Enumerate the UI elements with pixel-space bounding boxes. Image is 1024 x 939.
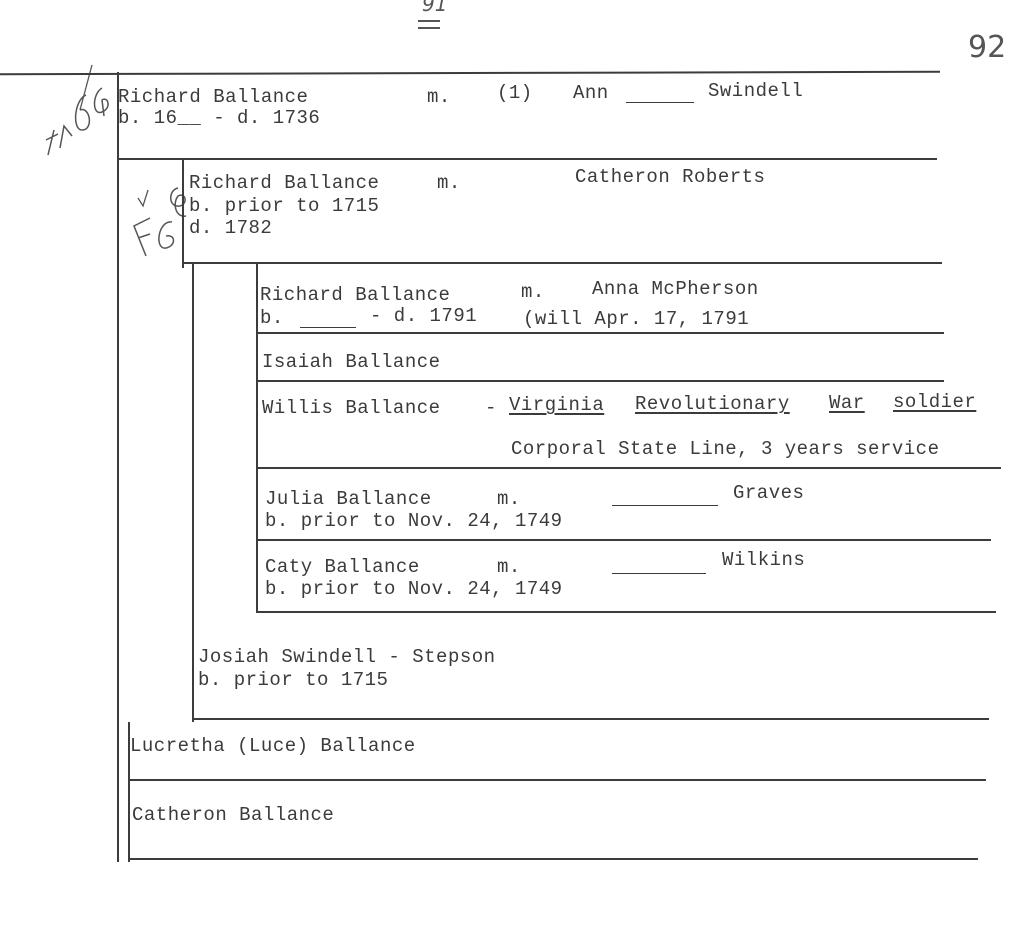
stepson-bottom-rule (192, 718, 989, 720)
top-rule (0, 71, 940, 75)
gen3-julia-name: Julia Ballance (265, 488, 432, 511)
page-mark-91: 91 (422, 0, 447, 16)
gen3-willis-separator: - (485, 397, 497, 420)
gen2-name: Richard Ballance (189, 172, 379, 195)
gen3-richard-dates-prefix: b. (260, 307, 284, 330)
gen2-spouse: Catheron Roberts (575, 166, 765, 189)
gen3-caty-name: Caty Ballance (265, 556, 420, 579)
gen3-willis-service-detail: Corporal State Line, 3 years service (511, 438, 939, 461)
gen1-bottom-rule (117, 158, 937, 160)
lucretha-bottom-rule (128, 779, 986, 781)
gen2-inner-vertical-rule (192, 262, 194, 722)
gen3-caty-born: b. prior to Nov. 24, 1749 (265, 578, 563, 601)
gen1-spouse-number: (1) (497, 82, 533, 105)
gen3-richard-married-label: m. (521, 281, 545, 304)
gen3-row-rule-4 (256, 539, 991, 541)
child-lucretha-name: Lucretha (Luce) Ballance (130, 735, 416, 758)
stepson-name: Josiah Swindell - Stepson (198, 646, 496, 669)
gen3-row-rule-2 (256, 380, 944, 382)
gen3-richard-note: (will Apr. 17, 1791 (523, 308, 749, 331)
page-number-top-right: 92 (968, 30, 1006, 65)
gen3-row-rule-3 (256, 467, 1001, 469)
gen3-julia-spouse-first-blank (612, 489, 718, 506)
gen1-married-label: m. (427, 86, 451, 109)
gen3-julia-spouse-last: Graves (733, 482, 804, 505)
gen2-born: b. prior to 1715 (189, 195, 379, 218)
gen1-vertical-rule (117, 72, 119, 862)
gen3-caty-married-label: m. (497, 556, 521, 579)
gen1-spouse-first: Ann (573, 82, 609, 105)
page-mark-underline-1 (418, 20, 440, 22)
gen3-julia-married-label: m. (497, 488, 521, 511)
page-mark-underline-2 (418, 27, 440, 29)
gen3-willis-service-word-4: soldier (893, 391, 976, 414)
gen3-willis-service-word-3: War (829, 392, 865, 415)
gen3-isaiah-name: Isaiah Ballance (262, 351, 441, 374)
gen3-caty-spouse-first-blank (612, 557, 706, 574)
gen3-vertical-rule (256, 262, 258, 612)
page-number-top-center: 91 (422, 0, 447, 16)
child-catheron-name: Catheron Ballance (132, 804, 334, 827)
gen3-richard-dates-suffix: - d. 1791 (370, 305, 477, 328)
gen1-spouse-last: Swindell (708, 80, 803, 103)
gen3-caty-spouse-last: Wilkins (722, 549, 805, 572)
gen2-died: d. 1782 (189, 217, 272, 240)
gen3-bottom-rule (256, 611, 996, 613)
catheron-bottom-rule (128, 858, 978, 860)
gen3-richard-birth-blank (300, 311, 356, 328)
gen3-richard-spouse: Anna McPherson (592, 278, 759, 301)
fgb-annotation-2-icon (128, 178, 198, 268)
gen3-julia-born: b. prior to Nov. 24, 1749 (265, 510, 563, 533)
gen2-vertical-rule (182, 158, 184, 268)
gen3-willis-name: Willis Ballance (262, 397, 441, 420)
stepson-born: b. prior to 1715 (198, 669, 388, 692)
gen1-spouse-middle-blank (626, 86, 694, 103)
gen3-richard-name: Richard Ballance (260, 284, 450, 307)
gen2-bottom-rule (182, 262, 942, 264)
gen2-married-label: m. (437, 172, 461, 195)
gen3-willis-service-word-1: Virginia (509, 394, 604, 417)
gen1-dates: b. 16__ - d. 1736 (118, 107, 320, 130)
page-mark-92: 92 (968, 30, 1006, 65)
gen3-willis-service-word-2: Revolutionary (635, 393, 790, 416)
gen3-row-rule-1 (256, 332, 944, 334)
gen1-name: Richard Ballance (118, 86, 308, 109)
fgb-annotation-1-icon (40, 60, 120, 160)
